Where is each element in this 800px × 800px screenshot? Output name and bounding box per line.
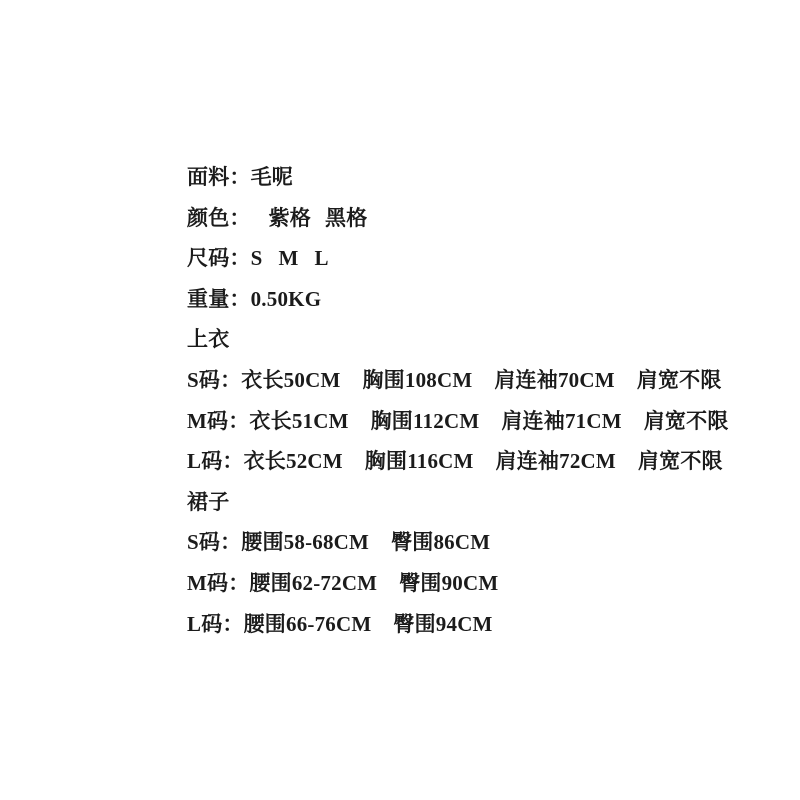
measurement-waist: 腰围58-68CM [241, 530, 369, 554]
measurement-bust: 胸围116CM [365, 449, 474, 473]
top-size-row-l: L码：衣长52CM胸围116CM肩连袖72CM肩宽不限 [187, 441, 767, 482]
measurement-sleeve: 肩连袖70CM [494, 368, 614, 392]
weight-value: 0.50KG [251, 287, 322, 311]
spec-row-color: 颜色：紫格黑格 [187, 198, 767, 239]
measurement-length: 衣长52CM [244, 449, 343, 473]
weight-label: 重量： [187, 287, 251, 311]
measurement-length: 衣长51CM [249, 409, 348, 433]
row-size-label: S码： [187, 530, 241, 554]
spec-row-fabric: 面料：毛呢 [187, 157, 767, 198]
color-label: 颜色： [187, 206, 251, 230]
size-value-l: L [315, 246, 329, 270]
size-value-s: S [251, 246, 263, 270]
skirt-size-row-l: L码：腰围66-76CM臀围94CM [187, 604, 767, 645]
measurement-sleeve: 肩连袖71CM [501, 409, 621, 433]
row-size-label: M码： [187, 571, 249, 595]
product-spec-sheet: 面料：毛呢 颜色：紫格黑格 尺码：SML 重量：0.50KG 上衣 S码：衣长5… [187, 157, 767, 644]
measurement-waist: 腰围66-76CM [244, 612, 372, 636]
size-value-m: M [279, 246, 299, 270]
spec-row-weight: 重量：0.50KG [187, 279, 767, 320]
measurement-hip: 臀围86CM [391, 530, 490, 554]
measurement-sleeve: 肩连袖72CM [496, 449, 616, 473]
skirt-size-row-m: M码：腰围62-72CM臀围90CM [187, 563, 767, 604]
section-heading-top: 上衣 [187, 319, 767, 360]
measurement-shoulder: 肩宽不限 [638, 449, 723, 473]
section-heading-skirt: 裙子 [187, 482, 767, 523]
row-size-label: S码： [187, 368, 241, 392]
row-size-label: L码： [187, 612, 244, 636]
measurement-hip: 臀围94CM [393, 612, 492, 636]
skirt-size-row-s: S码：腰围58-68CM臀围86CM [187, 522, 767, 563]
measurement-length: 衣长50CM [241, 368, 340, 392]
spec-row-size: 尺码：SML [187, 238, 767, 279]
measurement-shoulder: 肩宽不限 [637, 368, 722, 392]
row-size-label: M码： [187, 409, 249, 433]
fabric-value: 毛呢 [251, 165, 293, 189]
measurement-bust: 胸围108CM [362, 368, 472, 392]
top-size-row-m: M码：衣长51CM胸围112CM肩连袖71CM肩宽不限 [187, 401, 767, 442]
row-size-label: L码： [187, 449, 244, 473]
fabric-label: 面料： [187, 165, 251, 189]
size-label: 尺码： [187, 246, 251, 270]
measurement-waist: 腰围62-72CM [249, 571, 377, 595]
measurement-hip: 臀围90CM [399, 571, 498, 595]
measurement-shoulder: 肩宽不限 [644, 409, 729, 433]
top-size-row-s: S码：衣长50CM胸围108CM肩连袖70CM肩宽不限 [187, 360, 767, 401]
measurement-bust: 胸围112CM [371, 409, 480, 433]
color-value-black-plaid: 黑格 [325, 206, 367, 230]
color-value-purple-plaid: 紫格 [269, 206, 311, 230]
